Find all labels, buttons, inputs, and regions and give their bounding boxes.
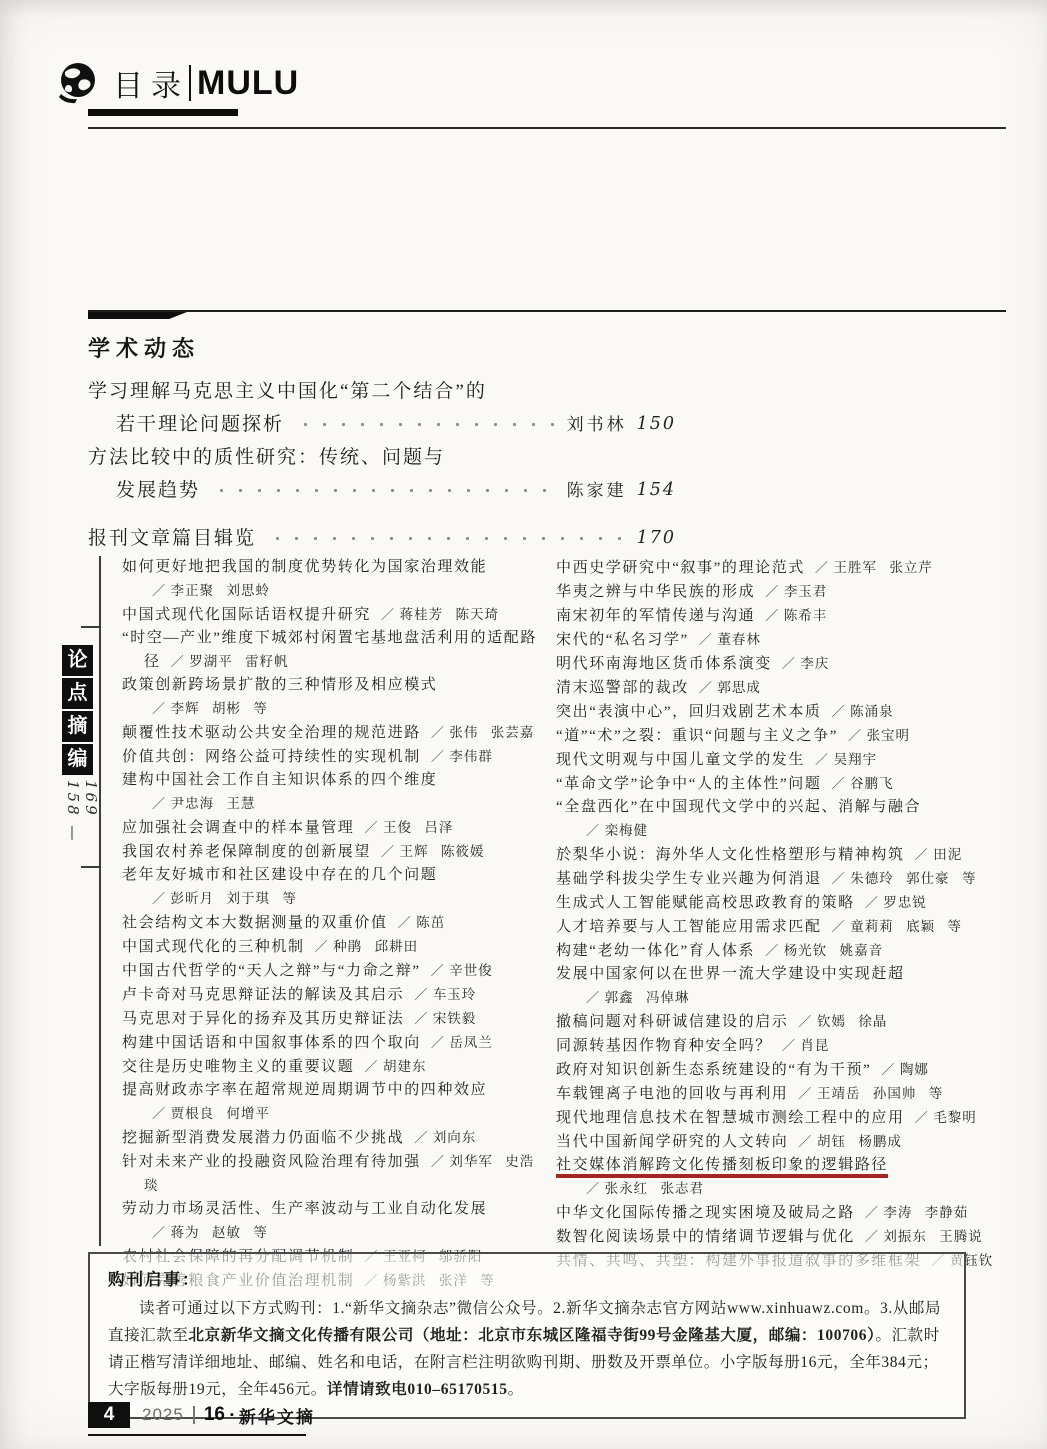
article-entry: 车载锂离子电池的回收与再利用／王靖岳 孙国帅 等 <box>556 1082 1014 1106</box>
logo-underline <box>88 109 238 116</box>
author-slash: ／ <box>586 823 601 838</box>
article-entry: 中西史学研究中“叙事”的理论范式／王胜军 张立芹 <box>556 556 1014 580</box>
toc-item-title: 报刊文章篇目辑览 <box>88 522 256 555</box>
article-entry: 提高财政赤字率在超常规逆周期调节中的四种效应 <box>122 1079 542 1102</box>
purchase-notice-title: 购刊启事： <box>108 1266 946 1290</box>
article-authors: 李辉 胡彬 等 <box>171 701 268 716</box>
article-title: 社会结构文本大数据测量的双重价值 <box>122 915 388 931</box>
article-title: 交往是历史唯物主义的重要议题 <box>122 1059 354 1075</box>
purchase-notice-box: 购刊启事： 读者可通过以下方式购刊：1.“新华文摘杂志”微信公众号。2.新华文摘… <box>88 1252 966 1419</box>
author-slash: ／ <box>171 654 186 669</box>
header-rule <box>88 127 1006 129</box>
sidebar-label-char: 编 <box>62 744 93 775</box>
article-entry: 突出“表演中心”，回归戏剧艺术本质／陈涌泉 <box>556 700 1014 724</box>
article-authors: 郭思成 <box>717 680 761 695</box>
article-title: 当代中国新闻学研究的人文转向 <box>556 1134 788 1150</box>
author-slash: ／ <box>832 704 847 719</box>
author-slash: ／ <box>865 1205 880 1220</box>
article-authors-line: ／尹忠海 王慧 <box>122 792 542 816</box>
author-slash: ／ <box>414 1011 429 1026</box>
author-slash: ／ <box>798 1086 813 1101</box>
article-columns: 如何更好地把我国的制度优势转化为国家治理效能／李正聚 刘思蛉中国式现代化国际话语… <box>122 556 1014 1293</box>
article-title: 於梨华小说：海外华人文化性格塑形与精神构筑 <box>556 847 905 863</box>
article-entry: 政府对知识创新生态系统建设的“有为干预”／陶娜 <box>556 1058 1014 1082</box>
article-authors: 王靖岳 孙国帅 等 <box>817 1086 943 1101</box>
article-entry: 当代中国新闻学研究的人文转向／胡钰 杨鹏成 <box>556 1130 1014 1154</box>
footer-divider <box>193 1406 195 1424</box>
article-entry: 建构中国社会工作自主知识体系的四个维度 <box>122 769 542 792</box>
toc-item-title: 方法比较中的质性研究：传统、问题与 <box>88 441 676 474</box>
article-title: 提高财政赤字率在超常规逆周期调节中的四种效应 <box>122 1082 487 1098</box>
article-authors: 刘向东 <box>433 1130 477 1145</box>
author-slash: ／ <box>364 1059 379 1074</box>
article-title: “革命文学”论争中“人的主体性”问题 <box>556 776 821 792</box>
author-slash: ／ <box>765 584 780 599</box>
article-title: 针对未来产业的投融资风险治理有待加强 <box>122 1154 421 1170</box>
toc-item-title-cont: 若干理论问题探析 <box>88 408 284 441</box>
article-entry: 数智化阅读场景中的情绪调节逻辑与优化／刘振东 王腾说 <box>556 1225 1014 1249</box>
article-title: 构建“老幼一体化”育人体系 <box>556 943 755 959</box>
article-title: 发展中国家何以在世界一流大学建设中实现赶超 <box>556 966 905 982</box>
article-authors: 朱德玲 郭仕豪 等 <box>850 871 976 886</box>
article-entry: 同源转基因作物育种安全吗？／肖昆 <box>556 1034 1014 1058</box>
article-entry: 现代地理信息技术在智慧城市测绘工程中的应用／毛黎明 <box>556 1106 1014 1130</box>
page-number-box: 4 <box>88 1402 130 1428</box>
article-authors: 李正聚 刘思蛉 <box>171 583 270 598</box>
author-slash: ／ <box>152 891 167 906</box>
article-title: 建构中国社会工作自主知识体系的四个维度 <box>122 772 437 788</box>
article-entry: 交往是历史唯物主义的重要议题／胡建东 <box>122 1055 542 1079</box>
article-authors: 童莉莉 底颖 等 <box>850 919 962 934</box>
author-slash: ／ <box>586 1181 601 1196</box>
sidebar-label-char: 点 <box>62 678 93 709</box>
author-slash: ／ <box>431 1035 446 1050</box>
author-slash: ／ <box>915 1110 930 1125</box>
author-slash: ／ <box>832 919 847 934</box>
author-slash: ／ <box>431 725 446 740</box>
article-authors: 刘振东 王腾说 <box>883 1229 982 1244</box>
article-title: 挖掘新型消费发展潜力仍面临不少挑战 <box>122 1130 404 1146</box>
article-title: 生成式人工智能赋能高校思政教育的策略 <box>556 895 855 911</box>
footer-issue: 16 <box>204 1404 225 1426</box>
author-slash: ／ <box>832 871 847 886</box>
dot-leader <box>296 421 555 428</box>
article-title: 应加强社会调查中的样本量管理 <box>122 820 354 836</box>
article-authors: 张宝明 <box>867 728 911 743</box>
author-slash: ／ <box>152 796 167 811</box>
author-slash: ／ <box>815 560 830 575</box>
article-column-left: 如何更好地把我国的制度优势转化为国家治理效能／李正聚 刘思蛉中国式现代化国际话语… <box>122 556 542 1293</box>
author-slash: ／ <box>831 776 846 791</box>
article-column-right: 中西史学研究中“叙事”的理论范式／王胜军 张立芹华夷之辨与中华民族的形成／李玉君… <box>556 556 1014 1293</box>
article-title: 同源转基因作物育种安全吗？ <box>556 1038 772 1054</box>
section-toc-list: 学习理解马克思主义中国化“第二个结合”的若干理论问题探析刘书林150方法比较中的… <box>88 375 676 555</box>
article-entry: 生成式人工智能赋能高校思政教育的策略／罗忠锐 <box>556 891 1014 915</box>
section-rule <box>88 310 1006 320</box>
article-authors: 陈茁 <box>416 915 445 930</box>
footer-square-icon: ▪ <box>230 1409 234 1421</box>
article-title: 马克思对于异化的扬弃及其历史辩证法 <box>122 1011 404 1027</box>
article-authors: 岳凤兰 <box>449 1035 493 1050</box>
article-entry: 清末巡警部的裁改／郭思成 <box>556 676 1014 700</box>
article-authors: 吴翔宇 <box>834 752 878 767</box>
author-slash: ／ <box>152 701 167 716</box>
magazine-toc-page: { "header": { "logo_cn": "目录", "logo_en"… <box>0 0 1047 1449</box>
purchase-notice-body: 读者可通过以下方式购刊：1.“新华文摘杂志”微信公众号。2.新华文摘杂志官方网站… <box>108 1295 946 1403</box>
article-authors: 胡钰 杨鹏成 <box>817 1134 902 1149</box>
article-title: 中华文化国际传播之现实困境及破局之路 <box>556 1205 855 1221</box>
toc-item-author: 陈家建 <box>567 474 627 507</box>
article-entry: 价值共创：网络公益可持续性的实现机制／李伟群 <box>122 745 542 769</box>
article-authors: 谷鹏飞 <box>850 776 894 791</box>
logo-latin: MULU <box>197 64 299 103</box>
article-entry: 应加强社会调查中的样本量管理／王俊 吕泽 <box>122 816 542 840</box>
article-authors: 彭昕月 刘于琪 等 <box>171 891 297 906</box>
article-title: 政府对知识创新生态系统建设的“有为干预” <box>556 1062 871 1078</box>
footer-rule <box>88 1434 306 1436</box>
article-entry: 中国式现代化的三种机制／种鹃 邱耕田 <box>122 935 542 959</box>
article-entry: 政策创新跨场景扩散的三种情形及相应模式 <box>122 674 542 697</box>
article-title: 如何更好地把我国的制度优势转化为国家治理效能 <box>122 559 487 575</box>
article-entry: 撤稿问题对科研诚信建设的启示／钦嫣 徐晶 <box>556 1010 1014 1034</box>
article-title: 中国式现代化的三种机制 <box>122 939 305 955</box>
article-title: 数智化阅读场景中的情绪调节逻辑与优化 <box>556 1229 855 1245</box>
author-slash: ／ <box>915 847 930 862</box>
article-entry: “全盘西化”在中国现代文学中的兴起、消解与融合 <box>556 796 1014 819</box>
article-entry: 劳动力市场灵活性、生产率波动与工业自动化发展 <box>122 1198 542 1221</box>
toc-item-title: 学习理解马克思主义中国化“第二个结合”的 <box>88 375 676 408</box>
author-slash: ／ <box>431 749 446 764</box>
article-authors: 王胜军 张立芹 <box>834 560 933 575</box>
article-title: 卢卡奇对马克思辩证法的解读及其启示 <box>122 987 404 1003</box>
article-authors: 陶娜 <box>900 1062 929 1077</box>
article-authors: 李庆 <box>800 656 829 671</box>
author-slash: ／ <box>798 1014 813 1029</box>
author-slash: ／ <box>586 990 601 1005</box>
article-title: 现代文明观与中国儿童文学的发生 <box>556 752 805 768</box>
article-title: 清末巡警部的裁改 <box>556 680 689 696</box>
article-entry: “道”“术”之裂：重识“问题与主义之争”／张宝明 <box>556 724 1014 748</box>
article-authors: 毛黎明 <box>933 1110 977 1125</box>
author-slash: ／ <box>782 1038 797 1053</box>
page-footer: 4 2025 16 ▪ 新华文摘 <box>88 1402 315 1428</box>
article-authors: 罗忠锐 <box>883 895 927 910</box>
author-slash: ／ <box>414 1130 429 1145</box>
article-title: 人才培养要与人工智能应用需求匹配 <box>556 919 822 935</box>
toc-item: 报刊文章篇目辑览170 <box>88 522 676 555</box>
article-entry: 南宋初年的军情传递与沟通／陈希丰 <box>556 604 1014 628</box>
author-slash: ／ <box>431 963 446 978</box>
article-authors: 李涛 李静茹 <box>883 1205 968 1220</box>
article-authors: 宋铁毅 <box>433 1011 477 1026</box>
article-authors: 杨光钦 姚嘉音 <box>784 943 883 958</box>
article-entry: “革命文学”论争中“人的主体性”问题／谷鹏飞 <box>556 772 1014 796</box>
notice-text-segment: 详情请致电010–65170515 <box>327 1381 508 1398</box>
article-authors: 罗湖平 雷籽帆 <box>189 654 288 669</box>
section-rule-thin <box>88 310 1006 312</box>
article-entry: 社会结构文本大数据测量的双重价值／陈茁 <box>122 911 542 935</box>
article-title: 突出“表演中心”，回归戏剧艺术本质 <box>556 704 822 720</box>
notice-text-segment: 。 <box>508 1381 524 1398</box>
globe-icon <box>55 60 99 106</box>
article-entry: 如何更好地把我国的制度优势转化为国家治理效能 <box>122 556 542 579</box>
sidebar-section-label: 论点摘编 <box>62 645 93 777</box>
article-entry: 华夷之辨与中华民族的形成／李玉君 <box>556 580 1014 604</box>
article-authors: 张永红 张志君 <box>605 1181 704 1196</box>
sidebar-label-char: 论 <box>62 645 93 676</box>
article-authors: 胡建东 <box>383 1059 427 1074</box>
article-title: 南宋初年的军情传递与沟通 <box>556 608 755 624</box>
author-slash: ／ <box>364 820 379 835</box>
masthead: 目录 MULU <box>55 60 299 106</box>
article-title: 车载锂离子电池的回收与再利用 <box>556 1086 788 1102</box>
article-entry: 於梨华小说：海外华人文化性格塑形与精神构筑／田泥 <box>556 843 1014 867</box>
article-entry: 发展中国家何以在世界一流大学建设中实现赶超 <box>556 963 1014 986</box>
article-authors: 尹忠海 王慧 <box>171 796 256 811</box>
article-entry: 中国式现代化国际话语权提升研究／蒋桂芳 陈天琦 <box>122 603 542 627</box>
article-entry: 人才培养要与人工智能应用需求匹配／童莉莉 底颖 等 <box>556 915 1014 939</box>
toc-item-row: 发展趋势陈家建154 <box>88 474 676 507</box>
author-slash: ／ <box>765 608 780 623</box>
toc-item-row: 报刊文章篇目辑览170 <box>88 522 676 555</box>
article-entry: 宋代的“私名习学”／董春林 <box>556 628 1014 652</box>
article-title: 宋代的“私名习学” <box>556 632 689 648</box>
author-slash: ／ <box>865 895 880 910</box>
toc-item-row: 若干理论问题探析刘书林150 <box>88 408 676 441</box>
article-entry: 卢卡奇对马克思辩证法的解读及其启示／车玉玲 <box>122 983 542 1007</box>
article-authors: 钦嫣 徐晶 <box>817 1014 887 1029</box>
author-slash: ／ <box>152 1106 167 1121</box>
author-slash: ／ <box>699 680 714 695</box>
toc-item: 方法比较中的质性研究：传统、问题与发展趋势陈家建154 <box>88 441 676 507</box>
toc-item-page: 154 <box>637 474 676 507</box>
article-title: 撤稿问题对科研诚信建设的启示 <box>556 1014 788 1030</box>
article-title-red-underlined: 社交媒体消解跨文化传播刻板印象的逻辑路径 <box>556 1157 888 1178</box>
toc-item-page: 170 <box>637 522 676 555</box>
article-title: 老年友好城市和社区建设中存在的几个问题 <box>122 867 437 883</box>
section-title: 学术动态 <box>88 332 676 363</box>
toc-item: 学习理解马克思主义中国化“第二个结合”的若干理论问题探析刘书林150 <box>88 375 676 441</box>
author-slash: ／ <box>881 1062 896 1077</box>
article-entry: 挖掘新型消费发展潜力仍面临不少挑战／刘向东 <box>122 1126 542 1150</box>
article-entry: “时空—产业”维度下城郊村闲置宅基地盘活利用的适配路径／罗湖平 雷籽帆 <box>122 627 542 674</box>
notice-text-segment: 北京新华文摘文化传播有限公司（地址：北京市东城区隆福寺街99号金隆基大厦，邮编：… <box>189 1327 876 1344</box>
author-slash: ／ <box>152 1225 167 1240</box>
author-slash: ／ <box>699 632 714 647</box>
toc-item-author: 刘书林 <box>567 408 627 441</box>
article-authors: 王辉 陈筱媛 <box>400 844 485 859</box>
article-entry: 马克思对于异化的扬弃及其历史辩证法／宋铁毅 <box>122 1007 542 1031</box>
logo-divider <box>189 65 191 101</box>
toc-item-page: 150 <box>637 408 676 441</box>
article-title: 劳动力市场灵活性、生产率波动与工业自动化发展 <box>122 1201 487 1217</box>
article-authors: 陈涌泉 <box>850 704 894 719</box>
author-slash: ／ <box>765 943 780 958</box>
article-authors: 李玉君 <box>784 584 828 599</box>
article-title: 价值共创：网络公益可持续性的实现机制 <box>122 749 421 765</box>
article-authors-line: ／蒋为 赵敏 等 <box>122 1221 542 1245</box>
author-slash: ／ <box>431 1154 446 1169</box>
article-entry: 明代环南海地区货币体系演变／李庆 <box>556 652 1014 676</box>
article-title: 华夷之辨与中华民族的形成 <box>556 584 755 600</box>
article-authors-line: ／彭昕月 刘于琪 等 <box>122 887 542 911</box>
article-authors-line: ／栾梅健 <box>556 819 1014 843</box>
article-title: 中国古代哲学的“天人之辩”与“力命之辩” <box>122 963 421 979</box>
dot-leader <box>268 535 625 542</box>
author-slash: ／ <box>398 915 413 930</box>
article-authors-line: ／贾根良 何增平 <box>122 1102 542 1126</box>
article-entry: 我国农村养老保障制度的创新展望／王辉 陈筱媛 <box>122 840 542 864</box>
article-title: 颠覆性技术驱动公共安全治理的规范进路 <box>122 725 421 741</box>
author-slash: ／ <box>414 987 429 1002</box>
article-authors: 张伟 张芸嘉 <box>449 725 534 740</box>
article-authors: 董春林 <box>717 632 761 647</box>
bracket-tick-top <box>81 626 99 628</box>
author-slash: ／ <box>798 1134 813 1149</box>
article-title: “全盘西化”在中国现代文学中的兴起、消解与融合 <box>556 799 921 815</box>
article-authors-line: ／李正聚 刘思蛉 <box>122 579 542 603</box>
article-title: 构建中国话语和中国叙事体系的四个取向 <box>122 1035 421 1051</box>
article-title: 基础学科拔尖学生专业兴趣为何消退 <box>556 871 822 887</box>
logo-chinese: 目录 <box>113 61 189 105</box>
author-slash: ／ <box>152 583 167 598</box>
author-slash: ／ <box>865 1229 880 1244</box>
footer-magazine-name: 新华文摘 <box>239 1403 315 1428</box>
article-title: 中国式现代化国际话语权提升研究 <box>122 607 371 623</box>
author-slash: ／ <box>782 656 797 671</box>
sidebar-page-range: 158 — 169 <box>64 780 100 876</box>
article-entry: 中国古代哲学的“天人之辩”与“力命之辩”／辛世俊 <box>122 959 542 983</box>
article-authors: 车玉玲 <box>433 987 477 1002</box>
article-authors-line: ／张永红 张志君 <box>556 1177 1014 1201</box>
article-entry: 老年友好城市和社区建设中存在的几个问题 <box>122 864 542 887</box>
article-authors: 肖昆 <box>800 1038 829 1053</box>
article-entry: 社交媒体消解跨文化传播刻板印象的逻辑路径 <box>556 1154 1014 1177</box>
article-title: “道”“术”之裂：重识“问题与主义之争” <box>556 728 838 744</box>
footer-year: 2025 <box>142 1405 184 1425</box>
author-slash: ／ <box>848 728 863 743</box>
author-slash: ／ <box>381 607 396 622</box>
article-title: 明代环南海地区货币体系演变 <box>556 656 772 672</box>
article-entry: 针对未来产业的投融资风险治理有待加强／刘华军 史浩琰 <box>122 1150 542 1198</box>
column-rule <box>99 556 101 1246</box>
article-authors: 陈希丰 <box>784 608 828 623</box>
sidebar-label-char: 摘 <box>62 711 93 742</box>
dot-leader <box>212 487 555 494</box>
article-authors: 李伟群 <box>449 749 493 764</box>
article-title: 现代地理信息技术在智慧城市测绘工程中的应用 <box>556 1110 905 1126</box>
article-entry: 构建中国话语和中国叙事体系的四个取向／岳凤兰 <box>122 1031 542 1055</box>
article-authors-line: ／郭鑫 冯倬琳 <box>556 986 1014 1010</box>
article-entry: 颠覆性技术驱动公共安全治理的规范进路／张伟 张芸嘉 <box>122 721 542 745</box>
article-title: 中西史学研究中“叙事”的理论范式 <box>556 560 805 576</box>
toc-item-title-cont: 发展趋势 <box>88 474 200 507</box>
article-authors: 田泥 <box>933 847 962 862</box>
author-slash: ／ <box>315 939 330 954</box>
article-authors: 辛世俊 <box>449 963 493 978</box>
article-title: 我国农村养老保障制度的创新展望 <box>122 844 371 860</box>
article-authors-line: ／李辉 胡彬 等 <box>122 697 542 721</box>
article-authors: 郭鑫 冯倬琳 <box>605 990 690 1005</box>
article-entry: 基础学科拔尖学生专业兴趣为何消退／朱德玲 郭仕豪 等 <box>556 867 1014 891</box>
article-authors: 王俊 吕泽 <box>383 820 453 835</box>
article-title: 政策创新跨场景扩散的三种情形及相应模式 <box>122 677 437 693</box>
article-authors: 种鹃 邱耕田 <box>333 939 418 954</box>
author-slash: ／ <box>381 844 396 859</box>
article-authors: 栾梅健 <box>605 823 649 838</box>
academic-trends-section: 学术动态 学习理解马克思主义中国化“第二个结合”的若干理论问题探析刘书林150方… <box>88 310 676 555</box>
article-authors: 贾根良 何增平 <box>171 1106 270 1121</box>
article-entry: 构建“老幼一体化”育人体系／杨光钦 姚嘉音 <box>556 939 1014 963</box>
article-authors: 蒋桂芳 陈天琦 <box>400 607 499 622</box>
article-entry: 现代文明观与中国儿童文学的发生／吴翔宇 <box>556 748 1014 772</box>
article-authors: 蒋为 赵敏 等 <box>171 1225 268 1240</box>
article-entry: 中华文化国际传播之现实困境及破局之路／李涛 李静茹 <box>556 1201 1014 1225</box>
author-slash: ／ <box>815 752 830 767</box>
